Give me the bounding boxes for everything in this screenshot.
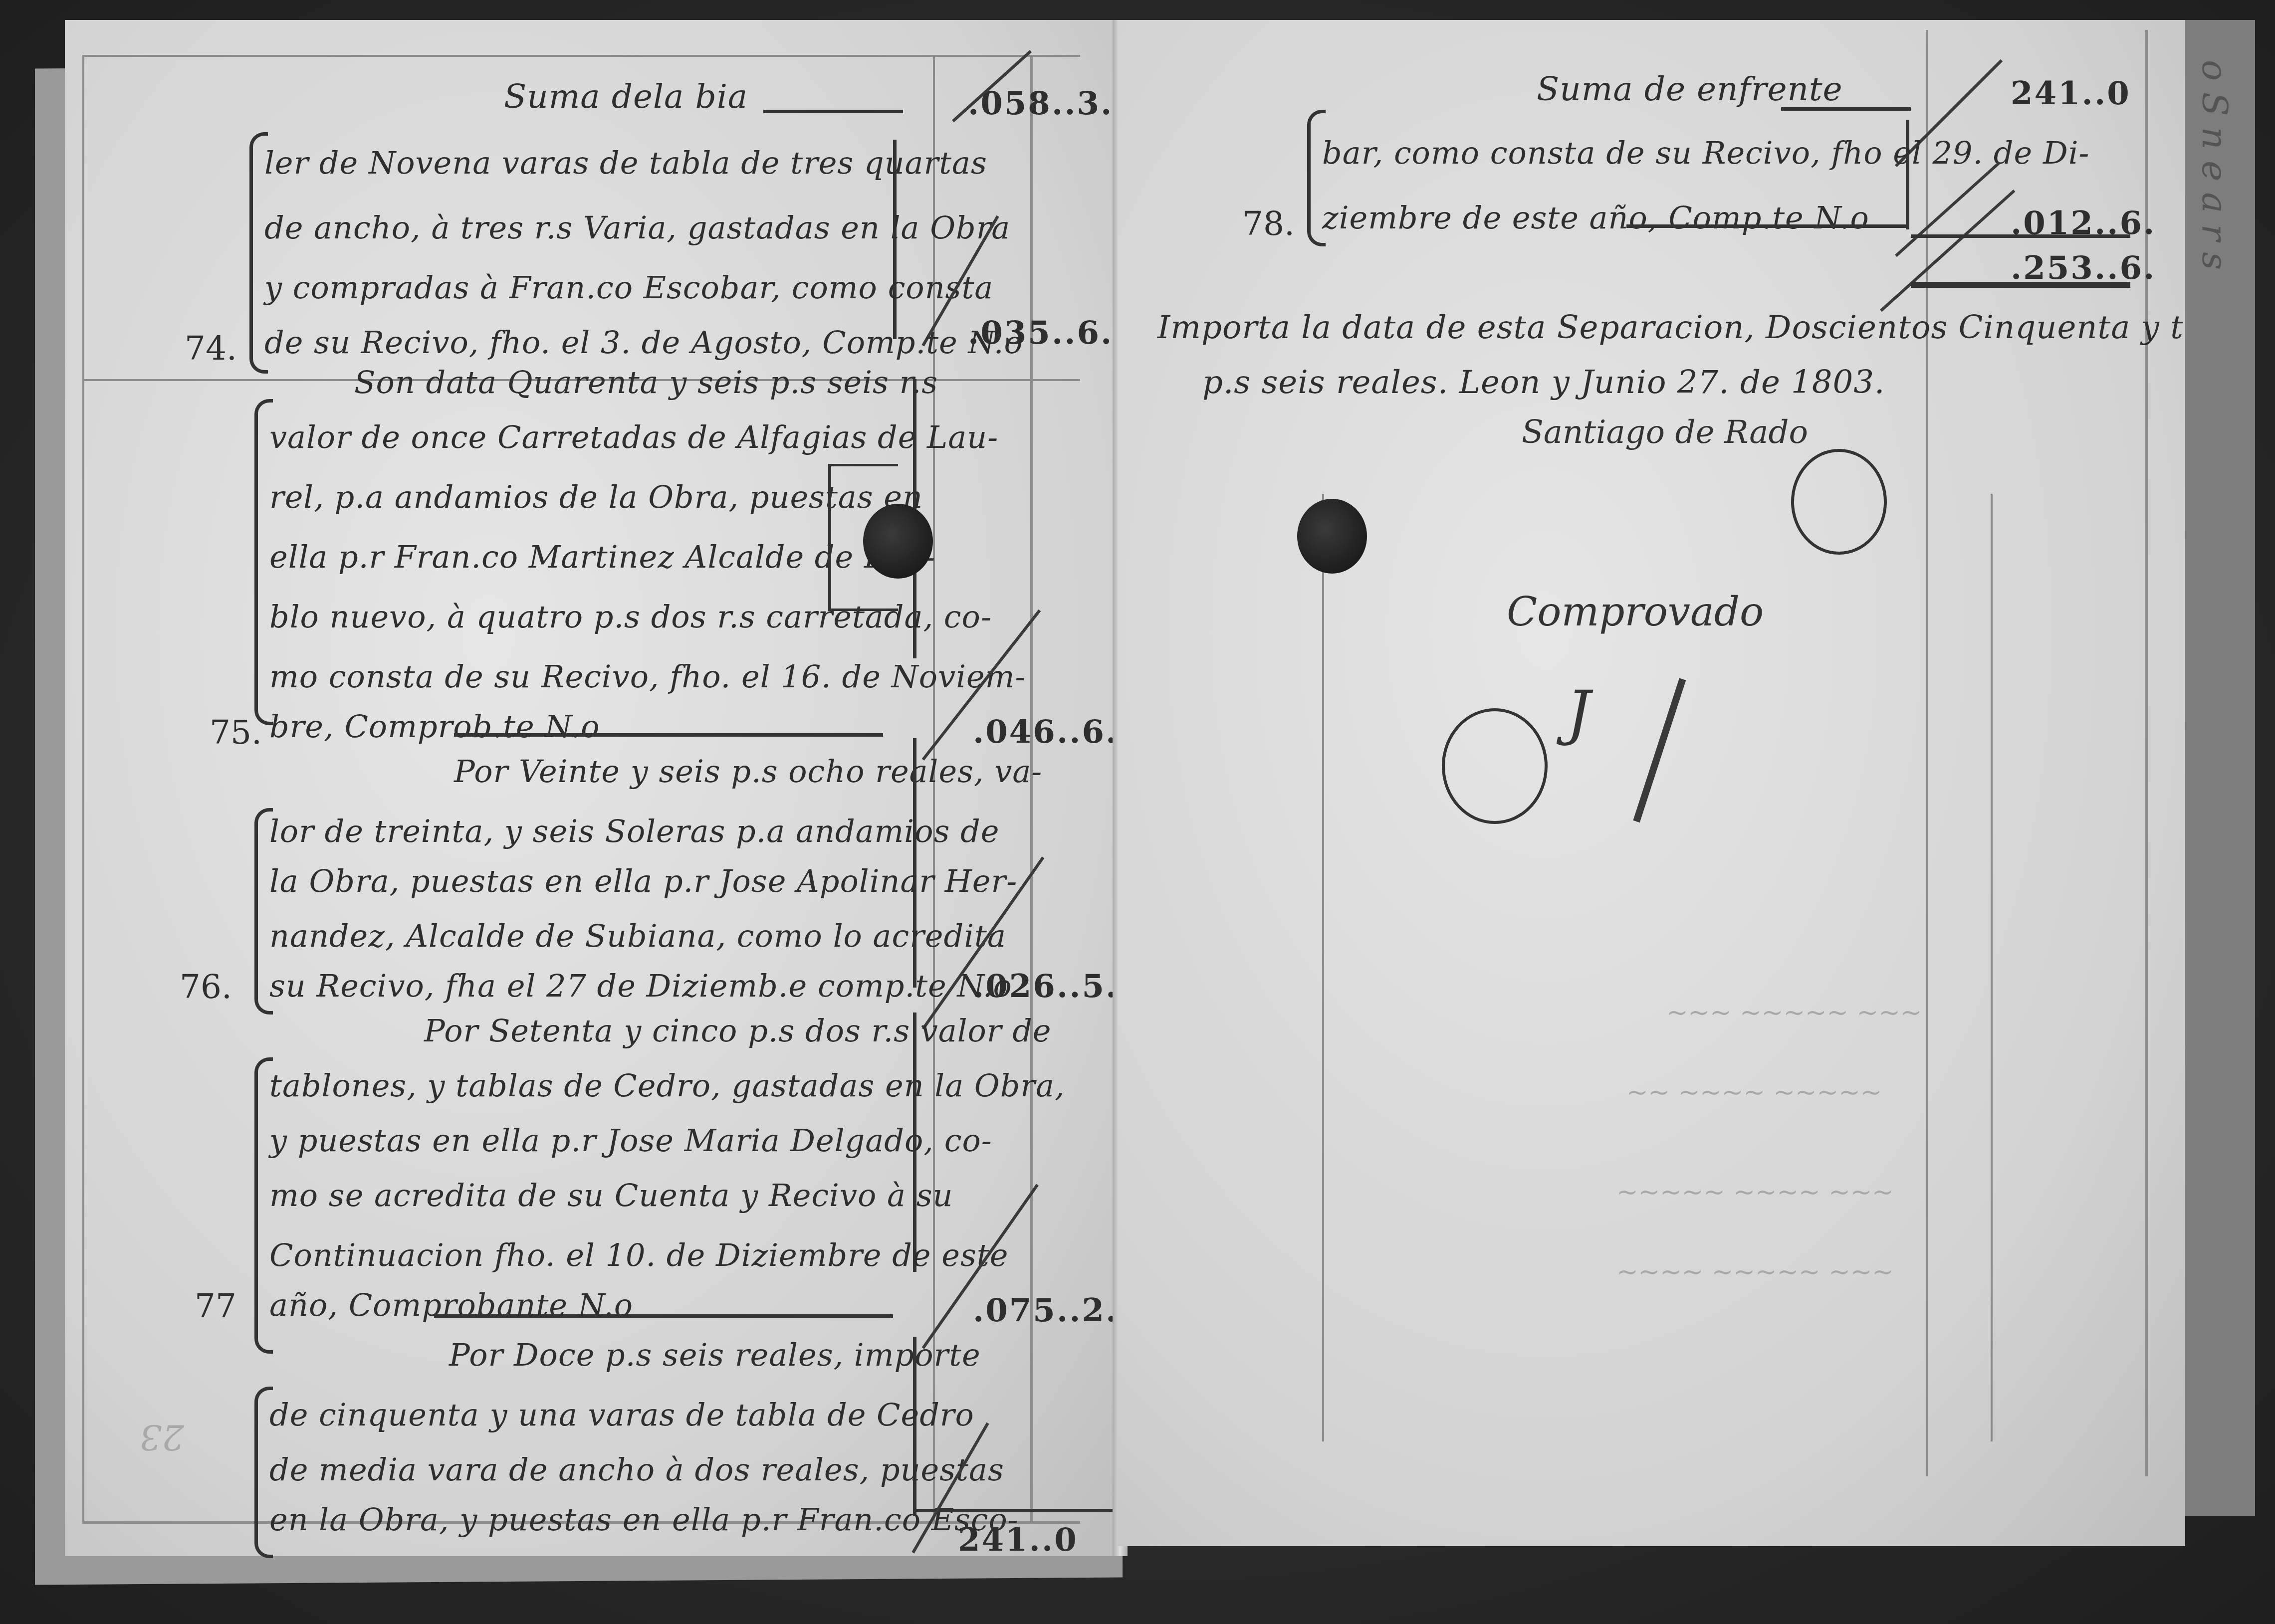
entry-77-line-4: Continuacion fho. el 10. de Diziembre de… [269, 1237, 1008, 1273]
left-margin-rule [82, 55, 84, 1521]
faint-margin-number: 23 [140, 1417, 184, 1457]
punch-hole [863, 504, 933, 579]
subtotal-line [1911, 234, 2130, 238]
header-underline [1781, 107, 1911, 111]
entry-76-line-4: su Recivo, fha el 27 de Diziemb.e comp.t… [269, 968, 1012, 1004]
hole-box [828, 609, 898, 611]
entry-74-amount: .035..6. [968, 314, 1113, 352]
entry-final-line-2: de media vara de ancho à dos reales, pue… [269, 1451, 1004, 1488]
total-line [913, 1509, 1123, 1512]
signature-rubric [1442, 708, 1548, 824]
entry-77-amount: .075..2. [973, 1292, 1118, 1329]
header-label: Suma de enfrente [1537, 70, 1843, 108]
header-label: Suma dela bia [504, 77, 748, 116]
entry-75-line-6: bre, Comprob.te N.o [269, 708, 600, 745]
punch-hole [1297, 499, 1367, 574]
inner-column-rule [1991, 494, 1993, 1441]
bleed-through-text: ~~~~ ~~~~~ ~~~ [1616, 1257, 1894, 1287]
page-total-amount: .253..6. [2011, 249, 2156, 287]
entry-75-line-3: ella p.r Fran.co Martinez Alcalde de Pue… [269, 539, 935, 575]
entry-77-line-3: mo se acredita de su Cuenta y Recivo à s… [269, 1177, 953, 1214]
entry-77-fill-line [434, 1314, 893, 1318]
right-page: Suma de enfrente 241..0 bar, como consta… [1118, 20, 2185, 1546]
entry-74-line-1: ler de Novena varas de tabla de tres qua… [264, 145, 987, 181]
tick-mark [1895, 161, 2001, 257]
entry-75-line-4: blo nuevo, à quatro p.s dos r.s carretad… [269, 599, 992, 635]
entry-76-line-2: la Obra, puestas en ella p.r Jose Apolin… [269, 863, 1017, 899]
entry-76-line-1: lor de treinta, y seis Soleras p.a andam… [269, 813, 999, 849]
entry-74-line-3: y compradas à Fran.co Escobar, como cons… [264, 269, 993, 306]
entry-74-line-2: de ancho, à tres r.s Varia, gastadas en … [264, 209, 1010, 246]
right-margin-rule [2145, 30, 2148, 1476]
signature-santiago-de-rado: Santiago de Rado [1522, 414, 1808, 451]
closing-line-1: Importa la data de esta Separacion, Dosc… [1157, 309, 2236, 346]
left-page: Suma dela bia .058..3. ler de Novena var… [65, 20, 1123, 1556]
entry-75-intro: Son data Quarenta y seis p.s seis r.s [354, 364, 938, 401]
entry-75-line-1: valor de once Carretadas de Alfagias de … [269, 419, 998, 455]
entry-78-fill-line [1626, 224, 1906, 228]
entry-final-line-3: en la Obra, y puestas en ella p.r Fran.c… [269, 1501, 1019, 1538]
header-amount: 241..0 [2011, 75, 2131, 112]
entry-final-line-1: de cinquenta y una varas de tabla de Ced… [269, 1397, 974, 1433]
entry-75-line-2: rel, p.a andamios de la Obra, puestas en [269, 479, 923, 515]
comprovado-label: Comprovado [1507, 589, 1764, 635]
entry-77-line-1: tablones, y tablas de Cedro, gastadas en… [269, 1067, 1065, 1104]
inner-column-rule [1322, 494, 1324, 1441]
header-underline [763, 110, 903, 113]
bleed-through-text: ~~~ ~~~~~ ~~~ [1666, 998, 1922, 1027]
entry-final-intro: Por Doce p.s seis reales, importe [449, 1337, 981, 1373]
entry-75-number: 75. [210, 713, 262, 752]
closing-line-2: p.s seis reales. Leon y Junio 27. de 180… [1202, 364, 1885, 401]
entry-75-amount: .046..6. [973, 713, 1118, 751]
hole-box [828, 464, 898, 466]
entry-77-intro: Por Setenta y cinco p.s dos r.s valor de [424, 1013, 1052, 1049]
signature-stroke [1633, 678, 1686, 823]
bleed-through-text: ~~~~~ ~~~~ ~~~ [1616, 1177, 1894, 1207]
entry-77-line-5: año, Comprobante N.o [269, 1287, 633, 1323]
entry-74-line-4: de su Recivo, fho. el 3. de Agosto, Comp… [264, 324, 1023, 361]
comprovado-initials: J [1567, 678, 1591, 748]
entry-76-intro: Por Veinte y seis p.s ocho reales, va- [454, 753, 1042, 790]
left-page-carry-amount: 241..0 [958, 1521, 1078, 1559]
entry-75-fill-line [454, 733, 883, 737]
entry-78-line-1: bar, como consta de su Recivo, fho el 29… [1322, 135, 2089, 171]
edge-strip-text: o S n e a r s [2195, 60, 2235, 270]
amount-column-rule [1926, 30, 1928, 1476]
entry-76-amount: .026..5. [973, 968, 1118, 1005]
entry-74-number: 74. [185, 329, 237, 368]
entry-77-line-2: y puestas en ella p.r Jose Maria Delgado… [269, 1122, 992, 1159]
entry-75-line-5: mo consta de su Recivo, fho. el 16. de N… [269, 658, 1026, 695]
hole-box [828, 464, 831, 609]
entry-78-number: 78. [1242, 204, 1295, 243]
top-box-rule [82, 55, 1080, 57]
signature-rubric [1791, 449, 1887, 555]
header-amount: .058..3. [968, 85, 1113, 122]
bleed-through-text: ~~ ~~~~ ~~~~~ [1626, 1077, 1882, 1107]
total-double-line [1911, 282, 2130, 288]
entry-76-line-3: nandez, Alcalde de Subiana, como lo acre… [269, 918, 1006, 954]
entry-77-number: 77 [195, 1287, 236, 1325]
entry-78-line-2: ziembre de este año, Comp.te N.o [1322, 200, 1869, 236]
entry-76-number: 76. [180, 968, 232, 1006]
